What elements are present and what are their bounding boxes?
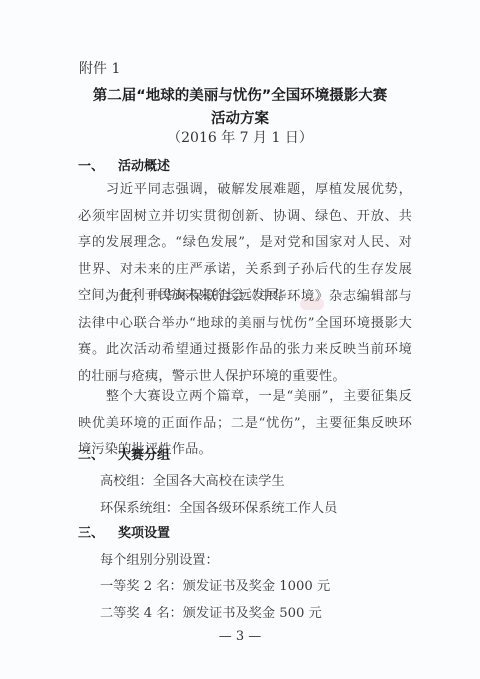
document-subtitle: 活动方案 — [0, 107, 480, 128]
section-number: 三、 — [78, 522, 118, 541]
document-date: （2016 年 7 月 1 日） — [0, 127, 480, 147]
list-item: 每个组别分别设置： — [100, 549, 219, 568]
section-number: 二、 — [78, 444, 118, 463]
section-title: 奖项设置 — [118, 526, 170, 541]
list-item: 一等奖 2 名：颁发证书及奖金 1000 元 — [100, 575, 330, 594]
section-title: 活动概述 — [118, 159, 170, 174]
page-number: — 3 — — [0, 629, 480, 644]
section-heading-awards: 三、奖项设置 — [78, 522, 170, 541]
list-item: 高校组：全国各大高校在读学生 — [100, 470, 285, 489]
list-item: 环保系统组：全国各级环保系统工作人员 — [100, 497, 337, 516]
section-title: 大赛分组 — [118, 448, 170, 463]
section-heading-overview: 一、活动概述 — [78, 155, 170, 174]
paragraph: 为此，中华环保联合会《中华环境》杂志编辑部与法律中心联合举办“地球的美丽与忧伤”… — [78, 284, 412, 390]
section-number: 一、 — [78, 155, 118, 174]
list-item: 二等奖 4 名：颁发证书及奖金 500 元 — [100, 602, 322, 621]
section-heading-groups: 二、大赛分组 — [78, 444, 170, 463]
attachment-label: 附件 1 — [79, 58, 120, 78]
document-title: 第二届“地球的美丽与忧伤”全国环境摄影大赛 — [0, 84, 480, 105]
